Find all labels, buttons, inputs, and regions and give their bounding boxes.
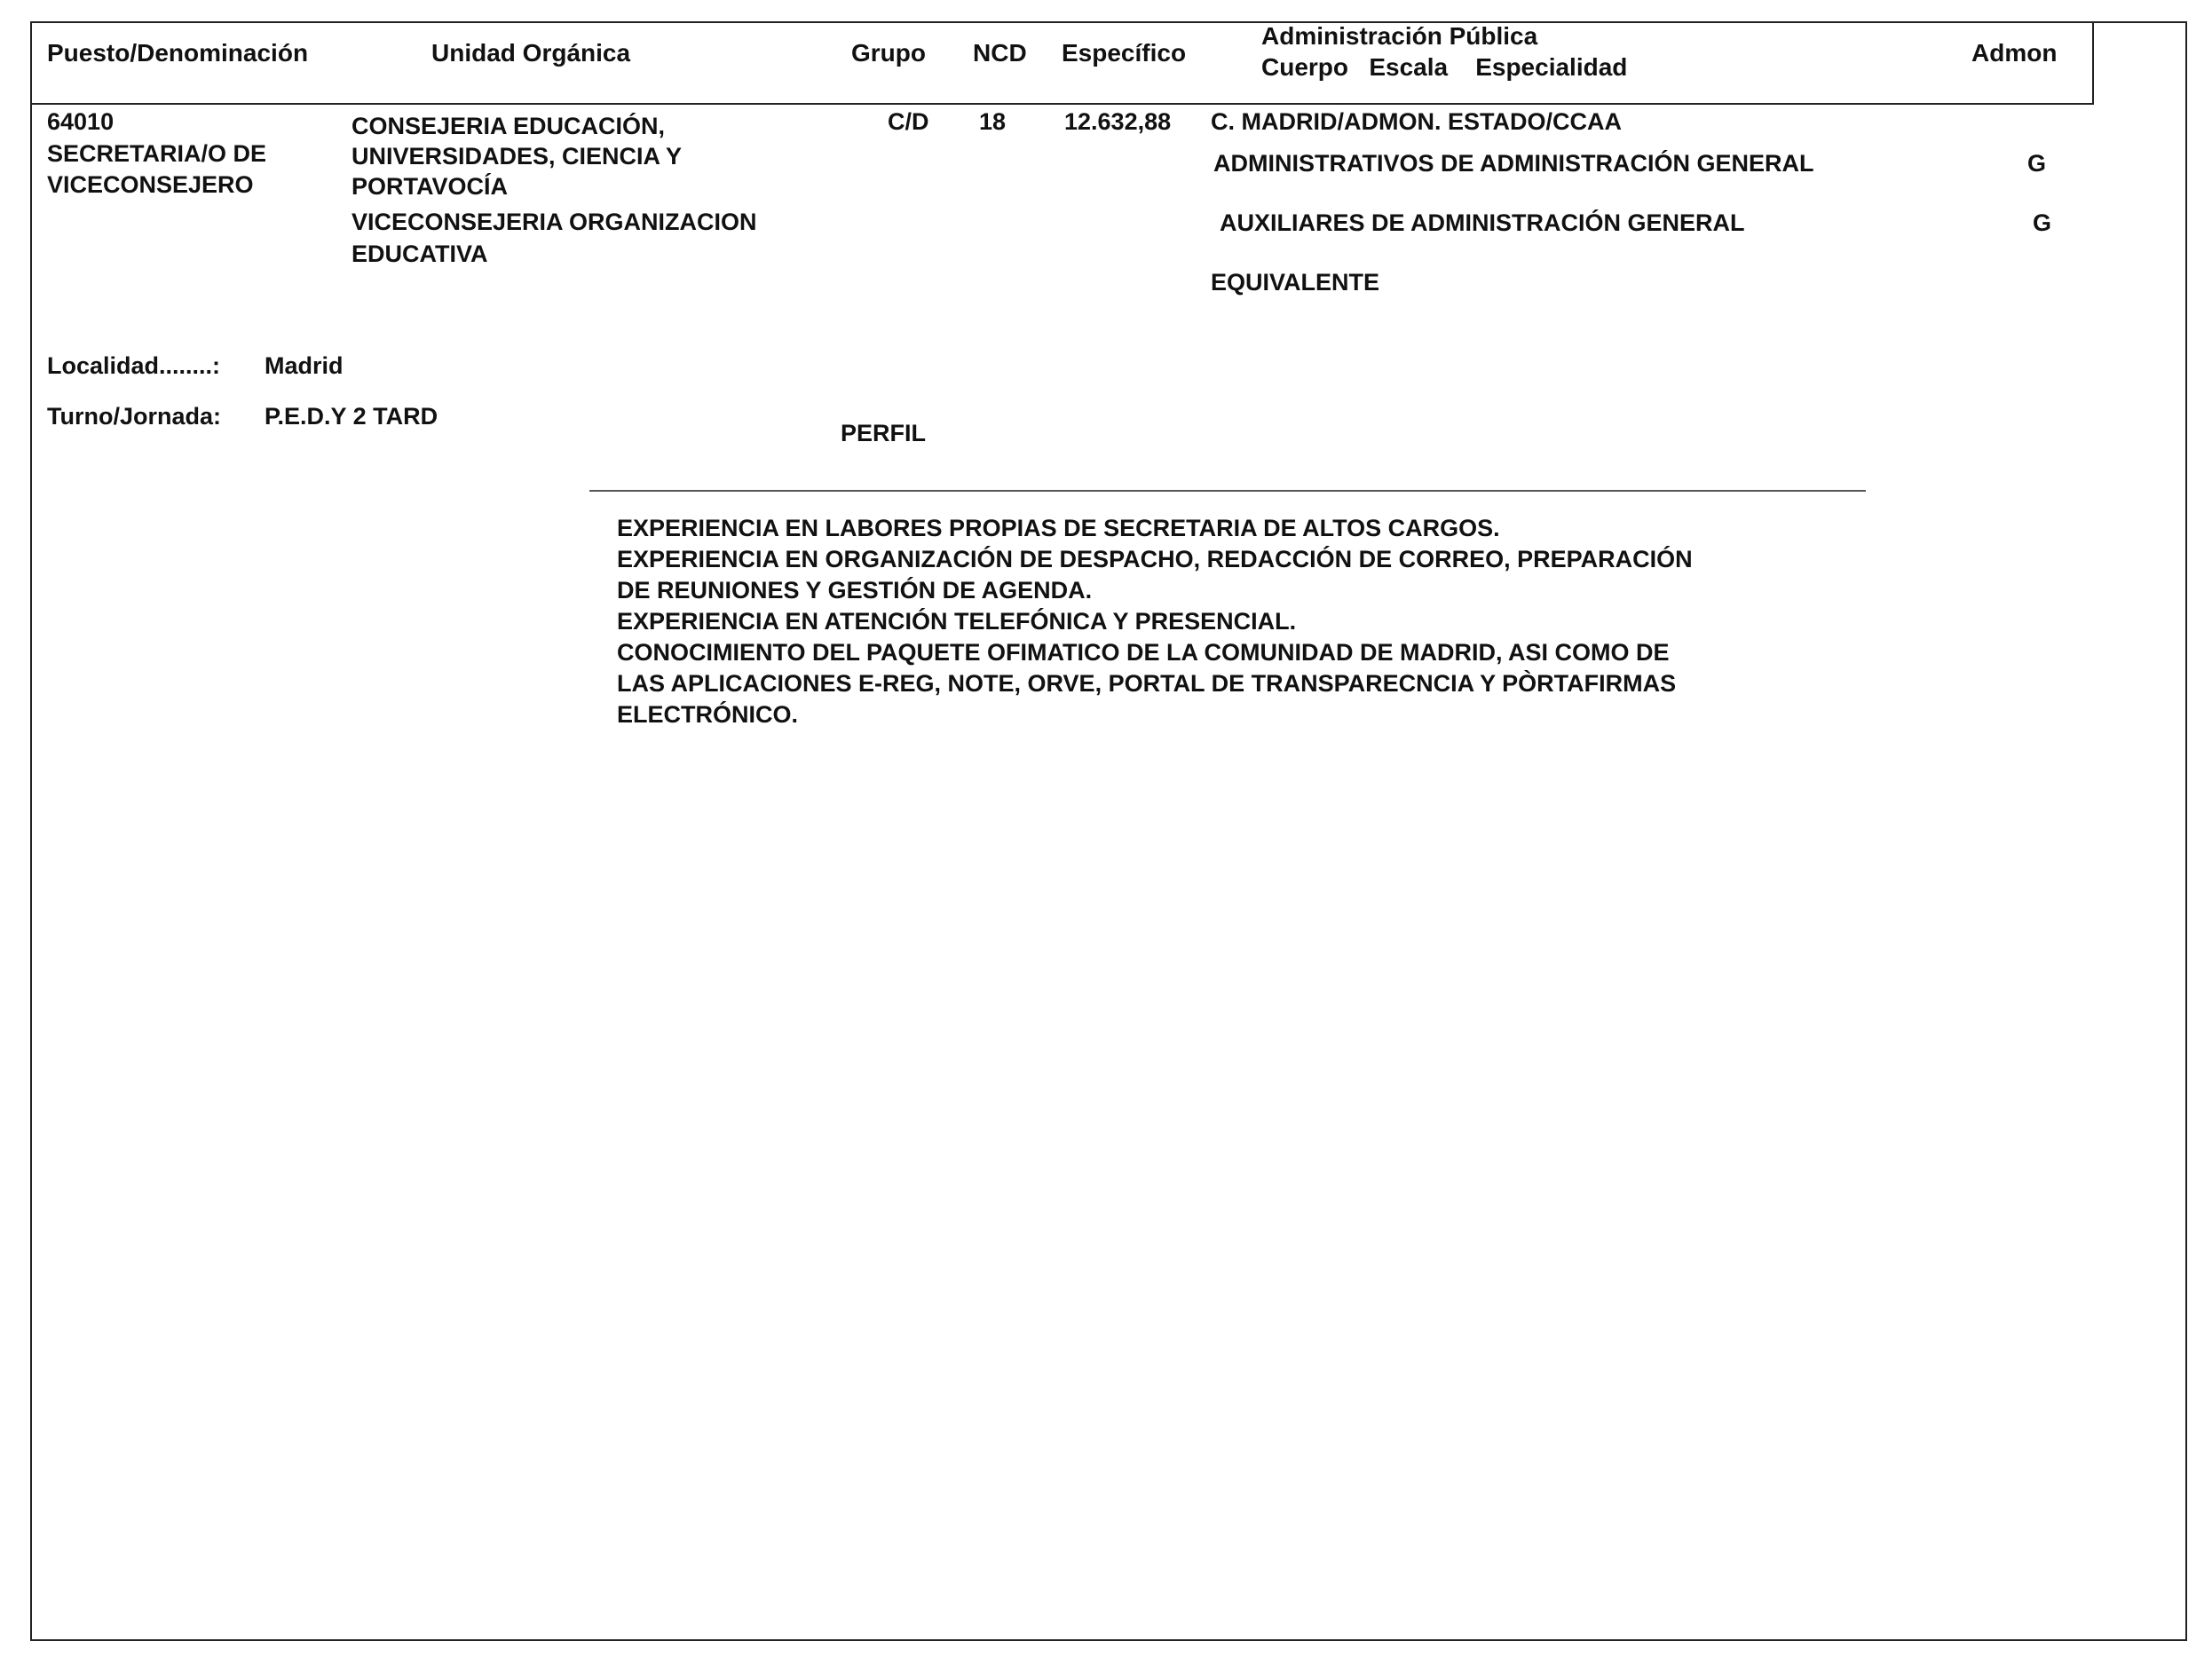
header-unidad-organica: Unidad Orgánica	[431, 39, 630, 67]
header-administracion-publica: Administración Pública	[1261, 22, 1537, 51]
perfil-description: EXPERIENCIA EN LABORES PROPIAS DE SECRET…	[617, 513, 1693, 730]
turno-value: P.E.D.Y 2 TARD	[265, 400, 438, 432]
cuerpo-1: ADMINISTRATIVOS DE ADMINISTRACIÓN GENERA…	[1213, 147, 1814, 179]
header-cuerpo-escala-especialidad: Cuerpo Escala Especialidad	[1261, 53, 1627, 82]
especifico-value: 12.632,88	[1064, 106, 1171, 138]
header-admon: Admon	[1971, 39, 2057, 67]
unidad-organica-line-1: CONSEJERIA EDUCACIÓN,	[352, 110, 665, 142]
turno-label: Turno/Jornada:	[47, 400, 221, 432]
header-ncd: NCD	[973, 39, 1027, 67]
subunidad-line-1: VICECONSEJERIA ORGANIZACION	[352, 206, 757, 238]
ncd-value: 18	[979, 106, 1006, 138]
puesto-denominacion-line-2: VICECONSEJERO	[47, 169, 254, 201]
perfil-title: PERFIL	[841, 417, 926, 449]
perfil-line: EXPERIENCIA EN ATENCIÓN TELEFÓNICA Y PRE…	[617, 606, 1693, 637]
cuerpo-2-admon: G	[2033, 207, 2051, 239]
puesto-codigo: 64010	[47, 106, 114, 138]
subunidad-line-2: EDUCATIVA	[352, 238, 488, 270]
header-puesto: Puesto/Denominación	[47, 39, 308, 67]
perfil-line: DE REUNIONES Y GESTIÓN DE AGENDA.	[617, 575, 1693, 606]
header-grupo: Grupo	[851, 39, 926, 67]
localidad-label: Localidad........:	[47, 350, 220, 382]
perfil-line: EXPERIENCIA EN LABORES PROPIAS DE SECRET…	[617, 513, 1693, 544]
administracion-publica-value: C. MADRID/ADMON. ESTADO/CCAA	[1211, 106, 1622, 138]
puesto-denominacion-line-1: SECRETARIA/O DE	[47, 138, 266, 170]
unidad-organica-line-2: UNIVERSIDADES, CIENCIA Y	[352, 140, 682, 172]
header-especifico: Específico	[1062, 39, 1186, 67]
grupo-value: C/D	[888, 106, 929, 138]
perfil-line: CONOCIMIENTO DEL PAQUETE OFIMATICO DE LA…	[617, 637, 1693, 668]
cuerpo-1-admon: G	[2027, 147, 2046, 179]
perfil-separator	[589, 490, 1866, 492]
localidad-value: Madrid	[265, 350, 344, 382]
unidad-organica-line-3: PORTAVOCÍA	[352, 170, 508, 202]
perfil-line: LAS APLICACIONES E-REG, NOTE, ORVE, PORT…	[617, 668, 1693, 699]
cuerpo-2: AUXILIARES DE ADMINISTRACIÓN GENERAL	[1220, 207, 1745, 239]
perfil-line: EXPERIENCIA EN ORGANIZACIÓN DE DESPACHO,…	[617, 544, 1693, 575]
cuerpo-3: EQUIVALENTE	[1211, 266, 1379, 298]
perfil-line: ELECTRÓNICO.	[617, 699, 1693, 730]
